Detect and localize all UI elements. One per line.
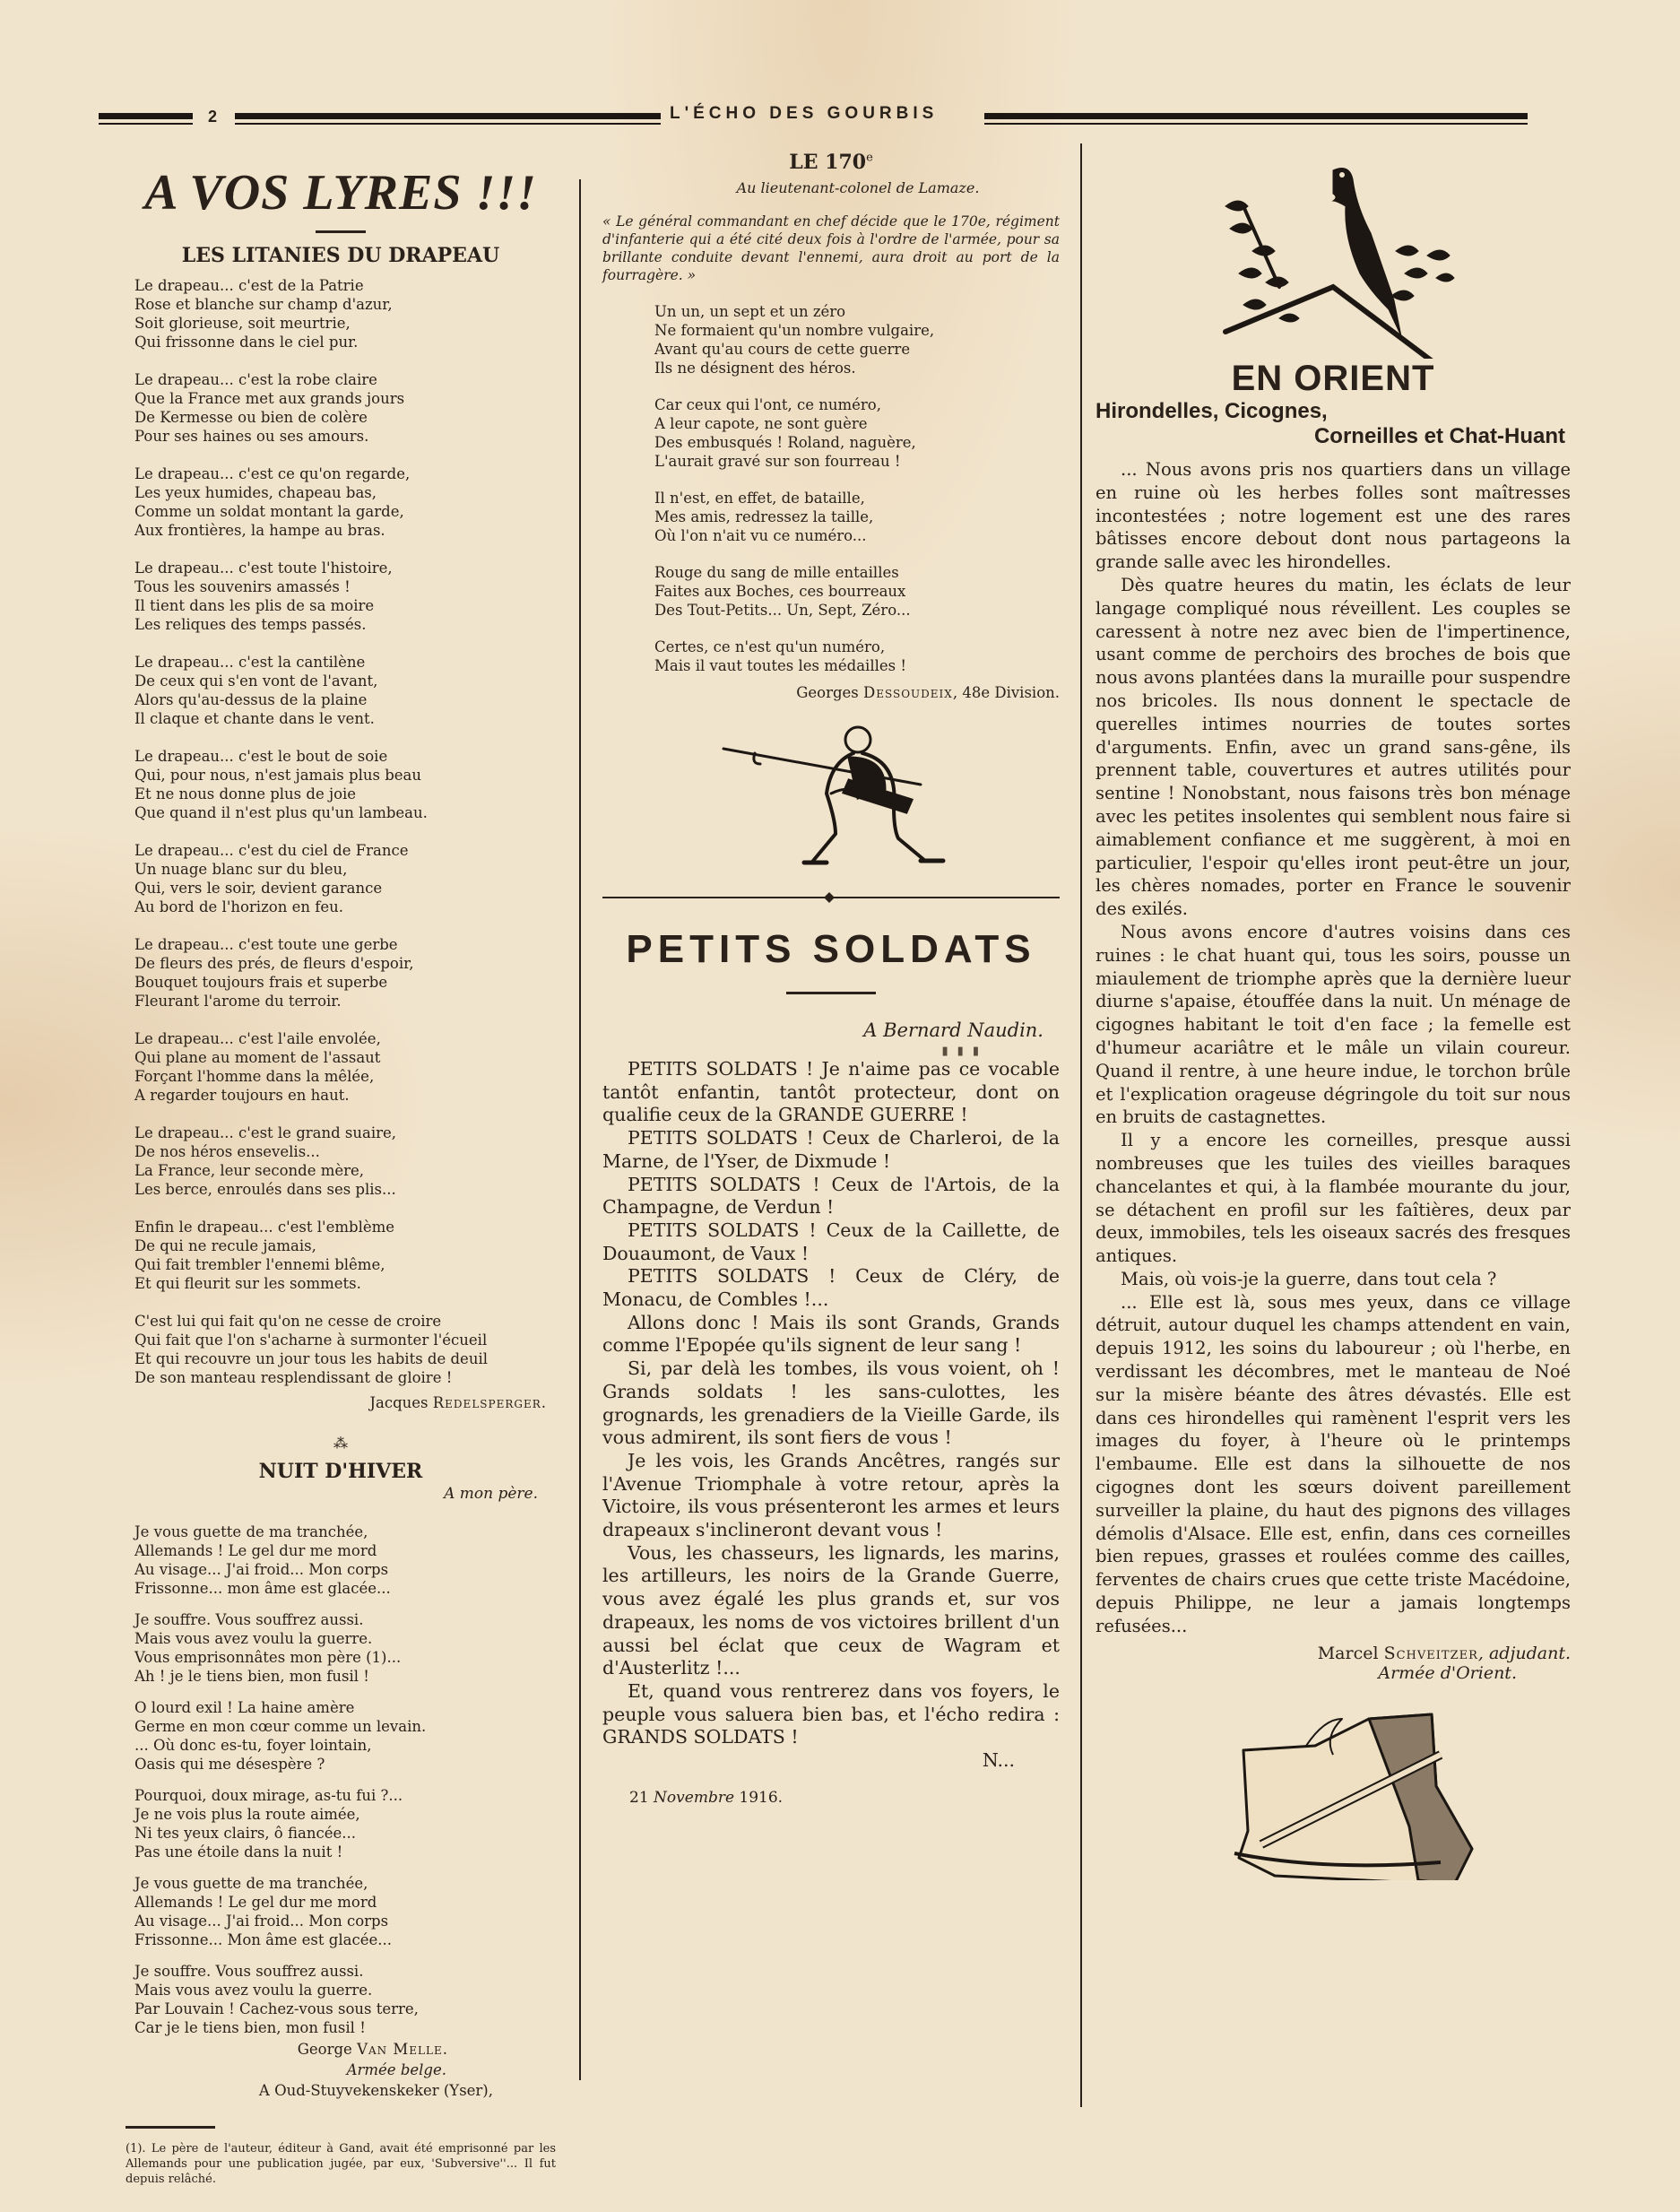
paragraph: Nous avons encore d'autres voisins dans … xyxy=(1095,921,1571,1129)
ornamental-divider xyxy=(602,897,1060,898)
poem-nuit-d-hiver: NUIT D'HIVER A mon père. Je vous guette … xyxy=(126,1460,556,2099)
poem-title: LE 170e xyxy=(602,151,1060,174)
header-rule-left-short xyxy=(99,113,193,126)
stanza: Le drapeau... c'est de la Patrie Rose et… xyxy=(134,276,556,351)
paragraph: Je les vois, les Grands Ancêtres, rangés… xyxy=(602,1450,1060,1542)
stanza: Le drapeau... c'est la cantilène De ceux… xyxy=(134,653,556,728)
stanza: C'est lui qui fait qu'on ne cesse de cro… xyxy=(134,1312,556,1387)
author-signature: Jacques Redelsperger. xyxy=(126,1394,547,1411)
paragraph: PETITS SOLDATS ! Ceux de Cléry, de Monac… xyxy=(602,1265,1060,1311)
army-boot-illustration xyxy=(1190,1710,1476,1880)
stanza: Le drapeau... c'est ce qu'on regarde, Le… xyxy=(134,464,556,540)
article-subtitle: Hirondelles, Cicognes, Corneilles et Cha… xyxy=(1095,399,1571,449)
article-petits-soldats: PETITS SOLDATS A Bernard Naudin. ▮▮▮ PET… xyxy=(602,927,1060,1807)
poem-title: NUIT D'HIVER xyxy=(126,1460,556,1483)
footnote: (1). Le père de l'auteur, éditeur à Gand… xyxy=(126,2141,556,2187)
stanza: Le drapeau... c'est toute l'histoire, To… xyxy=(134,559,556,634)
article-signature: N... xyxy=(602,1749,1060,1773)
bird-on-branch-illustration xyxy=(1190,152,1476,359)
paragraph: ... Nous avons pris nos quartiers dans u… xyxy=(1095,458,1571,574)
paragraph: PETITS SOLDATS ! Ceux de la Caillette, d… xyxy=(602,1219,1060,1265)
header-rule-right xyxy=(984,113,1528,126)
page-number: 2 xyxy=(208,108,217,126)
stanza: Rouge du sang de mille entailles Faites … xyxy=(654,563,1060,620)
author-signature: Marcel Schveitzer, adjudant. xyxy=(1095,1644,1571,1663)
poem-le-170e: LE 170e Au lieutenant-colonel de Lamaze.… xyxy=(602,151,1060,701)
article-body: ... Nous avons pris nos quartiers dans u… xyxy=(1095,458,1571,1638)
right-column: EN ORIENT Hirondelles, Cicognes, Corneil… xyxy=(1095,143,1571,1880)
section-title: A VOS LYRES !!! xyxy=(126,164,556,221)
author-signature: George Van Melle. xyxy=(126,2041,448,2058)
stanza: Un un, un sept et un zéro Ne formaient q… xyxy=(654,302,1060,377)
author-signature: Georges Dessoudeix, 48e Division. xyxy=(602,684,1060,701)
stanza: Le drapeau... c'est la robe claire Que l… xyxy=(134,370,556,446)
footnote-rule xyxy=(126,2126,215,2129)
paragraph: ... Elle est là, sous mes yeux, dans ce … xyxy=(1095,1291,1571,1638)
article-body: PETITS SOLDATS ! Je n'aime pas ce vocabl… xyxy=(602,1058,1060,1773)
publication-title: L'ÉCHO DES GOURBIS xyxy=(670,104,938,124)
paragraph: PETITS SOLDATS ! Ceux de Charleroi, de l… xyxy=(602,1127,1060,1173)
paragraph: Si, par delà les tombes, ils vous voient… xyxy=(602,1358,1060,1450)
poem-dedication: Au lieutenant-colonel de Lamaze. xyxy=(656,179,1060,196)
poem-litanies-du-drapeau: LES LITANIES DU DRAPEAU Le drapeau... c'… xyxy=(126,244,556,1411)
stanza: Je souffre. Vous souffrez aussi. Mais vo… xyxy=(134,1962,556,2037)
paragraph: Il y a encore les corneilles, presque au… xyxy=(1095,1129,1571,1268)
stanza: Car ceux qui l'ont, ce numéro, A leur ca… xyxy=(654,395,1060,471)
paragraph: Dès quatre heures du matin, les éclats d… xyxy=(1095,574,1571,921)
stanza: Je vous guette de ma tranchée, Allemands… xyxy=(134,1874,556,1949)
poem-dedication: A mon père. xyxy=(126,1485,538,1503)
asterism-separator: ⁂ xyxy=(126,1438,556,1449)
author-affiliation: Armée d'Orient. xyxy=(1095,1663,1517,1683)
stanza: Pourquoi, doux mirage, as-tu fui ?... Je… xyxy=(134,1786,556,1861)
stanza: Il n'est, en effet, de bataille, Mes ami… xyxy=(654,489,1060,545)
paragraph: Allons donc ! Mais ils sont Grands, Gran… xyxy=(602,1312,1060,1358)
stanza: Le drapeau... c'est l'aile envolée, Qui … xyxy=(134,1029,556,1105)
ornament-marks: ▮▮▮ xyxy=(602,1045,1060,1058)
title-underline xyxy=(786,992,876,994)
article-title: EN ORIENT xyxy=(1095,359,1571,399)
author-affiliation: Armée belge. xyxy=(126,2061,446,2078)
stanza: Le drapeau... c'est toute une gerbe De f… xyxy=(134,935,556,1011)
stanza: O lourd exil ! La haine amère Germe en m… xyxy=(134,1698,556,1774)
stanza: Le drapeau... c'est le bout de soie Qui,… xyxy=(134,747,556,822)
header-rule-left xyxy=(235,113,661,126)
paragraph: PETITS SOLDATS ! Je n'aime pas ce vocabl… xyxy=(602,1058,1060,1127)
title-underline xyxy=(316,230,366,233)
left-column: A VOS LYRES !!! LES LITANIES DU DRAPEAU … xyxy=(126,157,556,2187)
poem-place: A Oud-Stuyvekenskeker (Yser), xyxy=(126,2082,493,2099)
poem-title: LES LITANIES DU DRAPEAU xyxy=(126,244,556,267)
paragraph: Mais, où vois-je la guerre, dans tout ce… xyxy=(1095,1268,1571,1291)
paragraph: PETITS SOLDATS ! Ceux de l'Artois, de la… xyxy=(602,1174,1060,1219)
stanza: Le drapeau... c'est le grand suaire, De … xyxy=(134,1123,556,1199)
stanza: Je vous guette de ma tranchée, Allemands… xyxy=(134,1522,556,1598)
column-divider-right xyxy=(1080,143,1082,2107)
paragraph: Et, quand vous rentrerez dans vos foyers… xyxy=(602,1680,1060,1749)
article-title: PETITS SOLDATS xyxy=(602,927,1060,972)
stanza: Je souffre. Vous souffrez aussi. Mais vo… xyxy=(134,1610,556,1686)
citation-quote: « Le général commandant en chef décide q… xyxy=(602,213,1060,284)
article-date: 21 Novembre 1916. xyxy=(629,1789,1060,1807)
stanza: Certes, ce n'est qu'un numéro, Mais il v… xyxy=(654,638,1060,675)
middle-column: LE 170e Au lieutenant-colonel de Lamaze.… xyxy=(602,143,1060,1807)
stanza: Enfin le drapeau... c'est l'emblème De q… xyxy=(134,1218,556,1293)
article-dedication: A Bernard Naudin. xyxy=(602,1019,1044,1041)
column-divider-left xyxy=(579,179,581,2080)
soldier-bayonet-illustration xyxy=(706,717,957,870)
paragraph: Vous, les chasseurs, les lignards, les m… xyxy=(602,1542,1060,1680)
stanza: Le drapeau... c'est du ciel de France Un… xyxy=(134,841,556,916)
page-header: 2 L'ÉCHO DES GOURBIS xyxy=(99,100,1528,136)
